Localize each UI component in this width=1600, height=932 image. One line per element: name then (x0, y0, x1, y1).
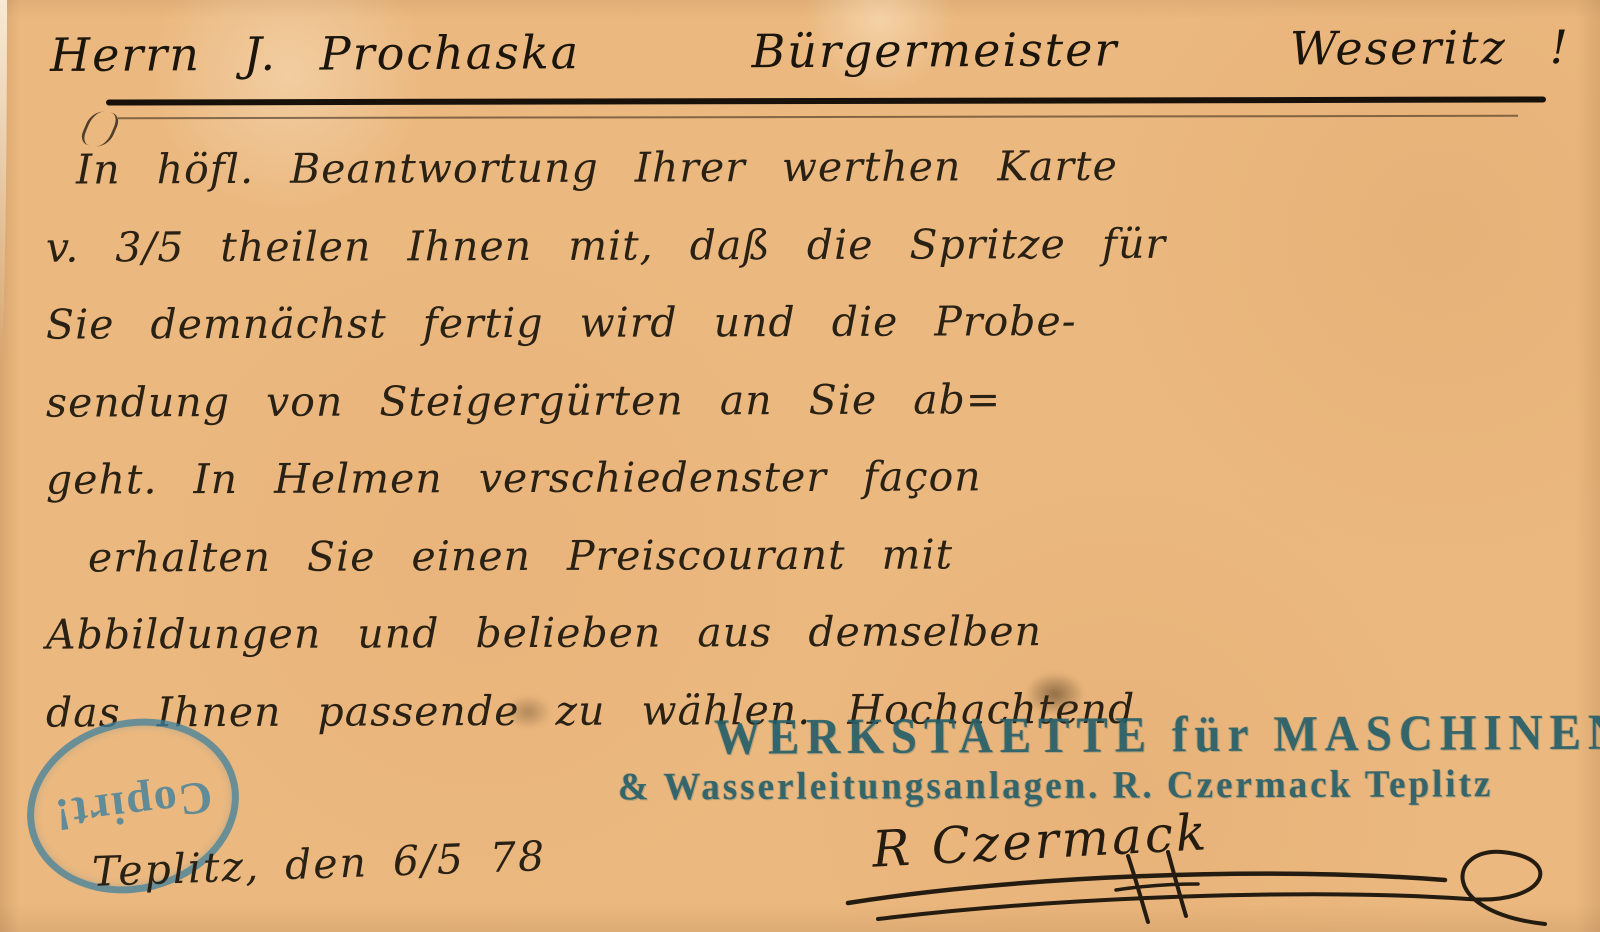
body-line: Sie demnächst fertig wird und die Probe- (46, 280, 1566, 363)
postcard: Herrn J. Prochaska Bürgermeister Weserit… (0, 0, 1600, 932)
scan-edge-artifact (0, 0, 7, 360)
recipient-name: Herrn J. Prochaska (50, 25, 580, 82)
body-line: sendung von Steigergürten an Sie ab= (46, 358, 1566, 441)
body-line: erhalten Sie einen Preiscourant mit (46, 513, 1566, 596)
message-body: In höfl. Beantwortung Ihrer werthen Kart… (46, 128, 1566, 748)
body-line: geht. In Helmen verschiedenster façon (46, 435, 1566, 518)
signature: R Czermack (871, 803, 1211, 879)
body-line: In höfl. Beantwortung Ihrer werthen Kart… (46, 125, 1566, 208)
recipient-title: Bürgermeister (751, 22, 1118, 78)
company-stamp-line2: & Wasserleitungsanlagen. R. Czermack Tep… (618, 761, 1600, 810)
header-address-line: Herrn J. Prochaska Bürgermeister Weserit… (50, 20, 1570, 82)
header-underline-thin (118, 115, 1518, 119)
ink-stain (505, 695, 551, 729)
recipient-place: Weseritz ! (1290, 20, 1570, 75)
company-stamp-line1: WERKSTAETTE für MASCHINEN (714, 703, 1600, 766)
header-underline-thick (106, 96, 1546, 105)
body-line: v. 3/5 theilen Ihnen mit, daß die Spritz… (46, 203, 1566, 286)
company-rubber-stamp: WERKSTAETTE für MASCHINEN & Wasserleitun… (618, 708, 1600, 807)
body-line: Abbildungen und belieben aus demselben (46, 590, 1566, 673)
copirt-stamp-text: Copirt! (51, 770, 216, 842)
